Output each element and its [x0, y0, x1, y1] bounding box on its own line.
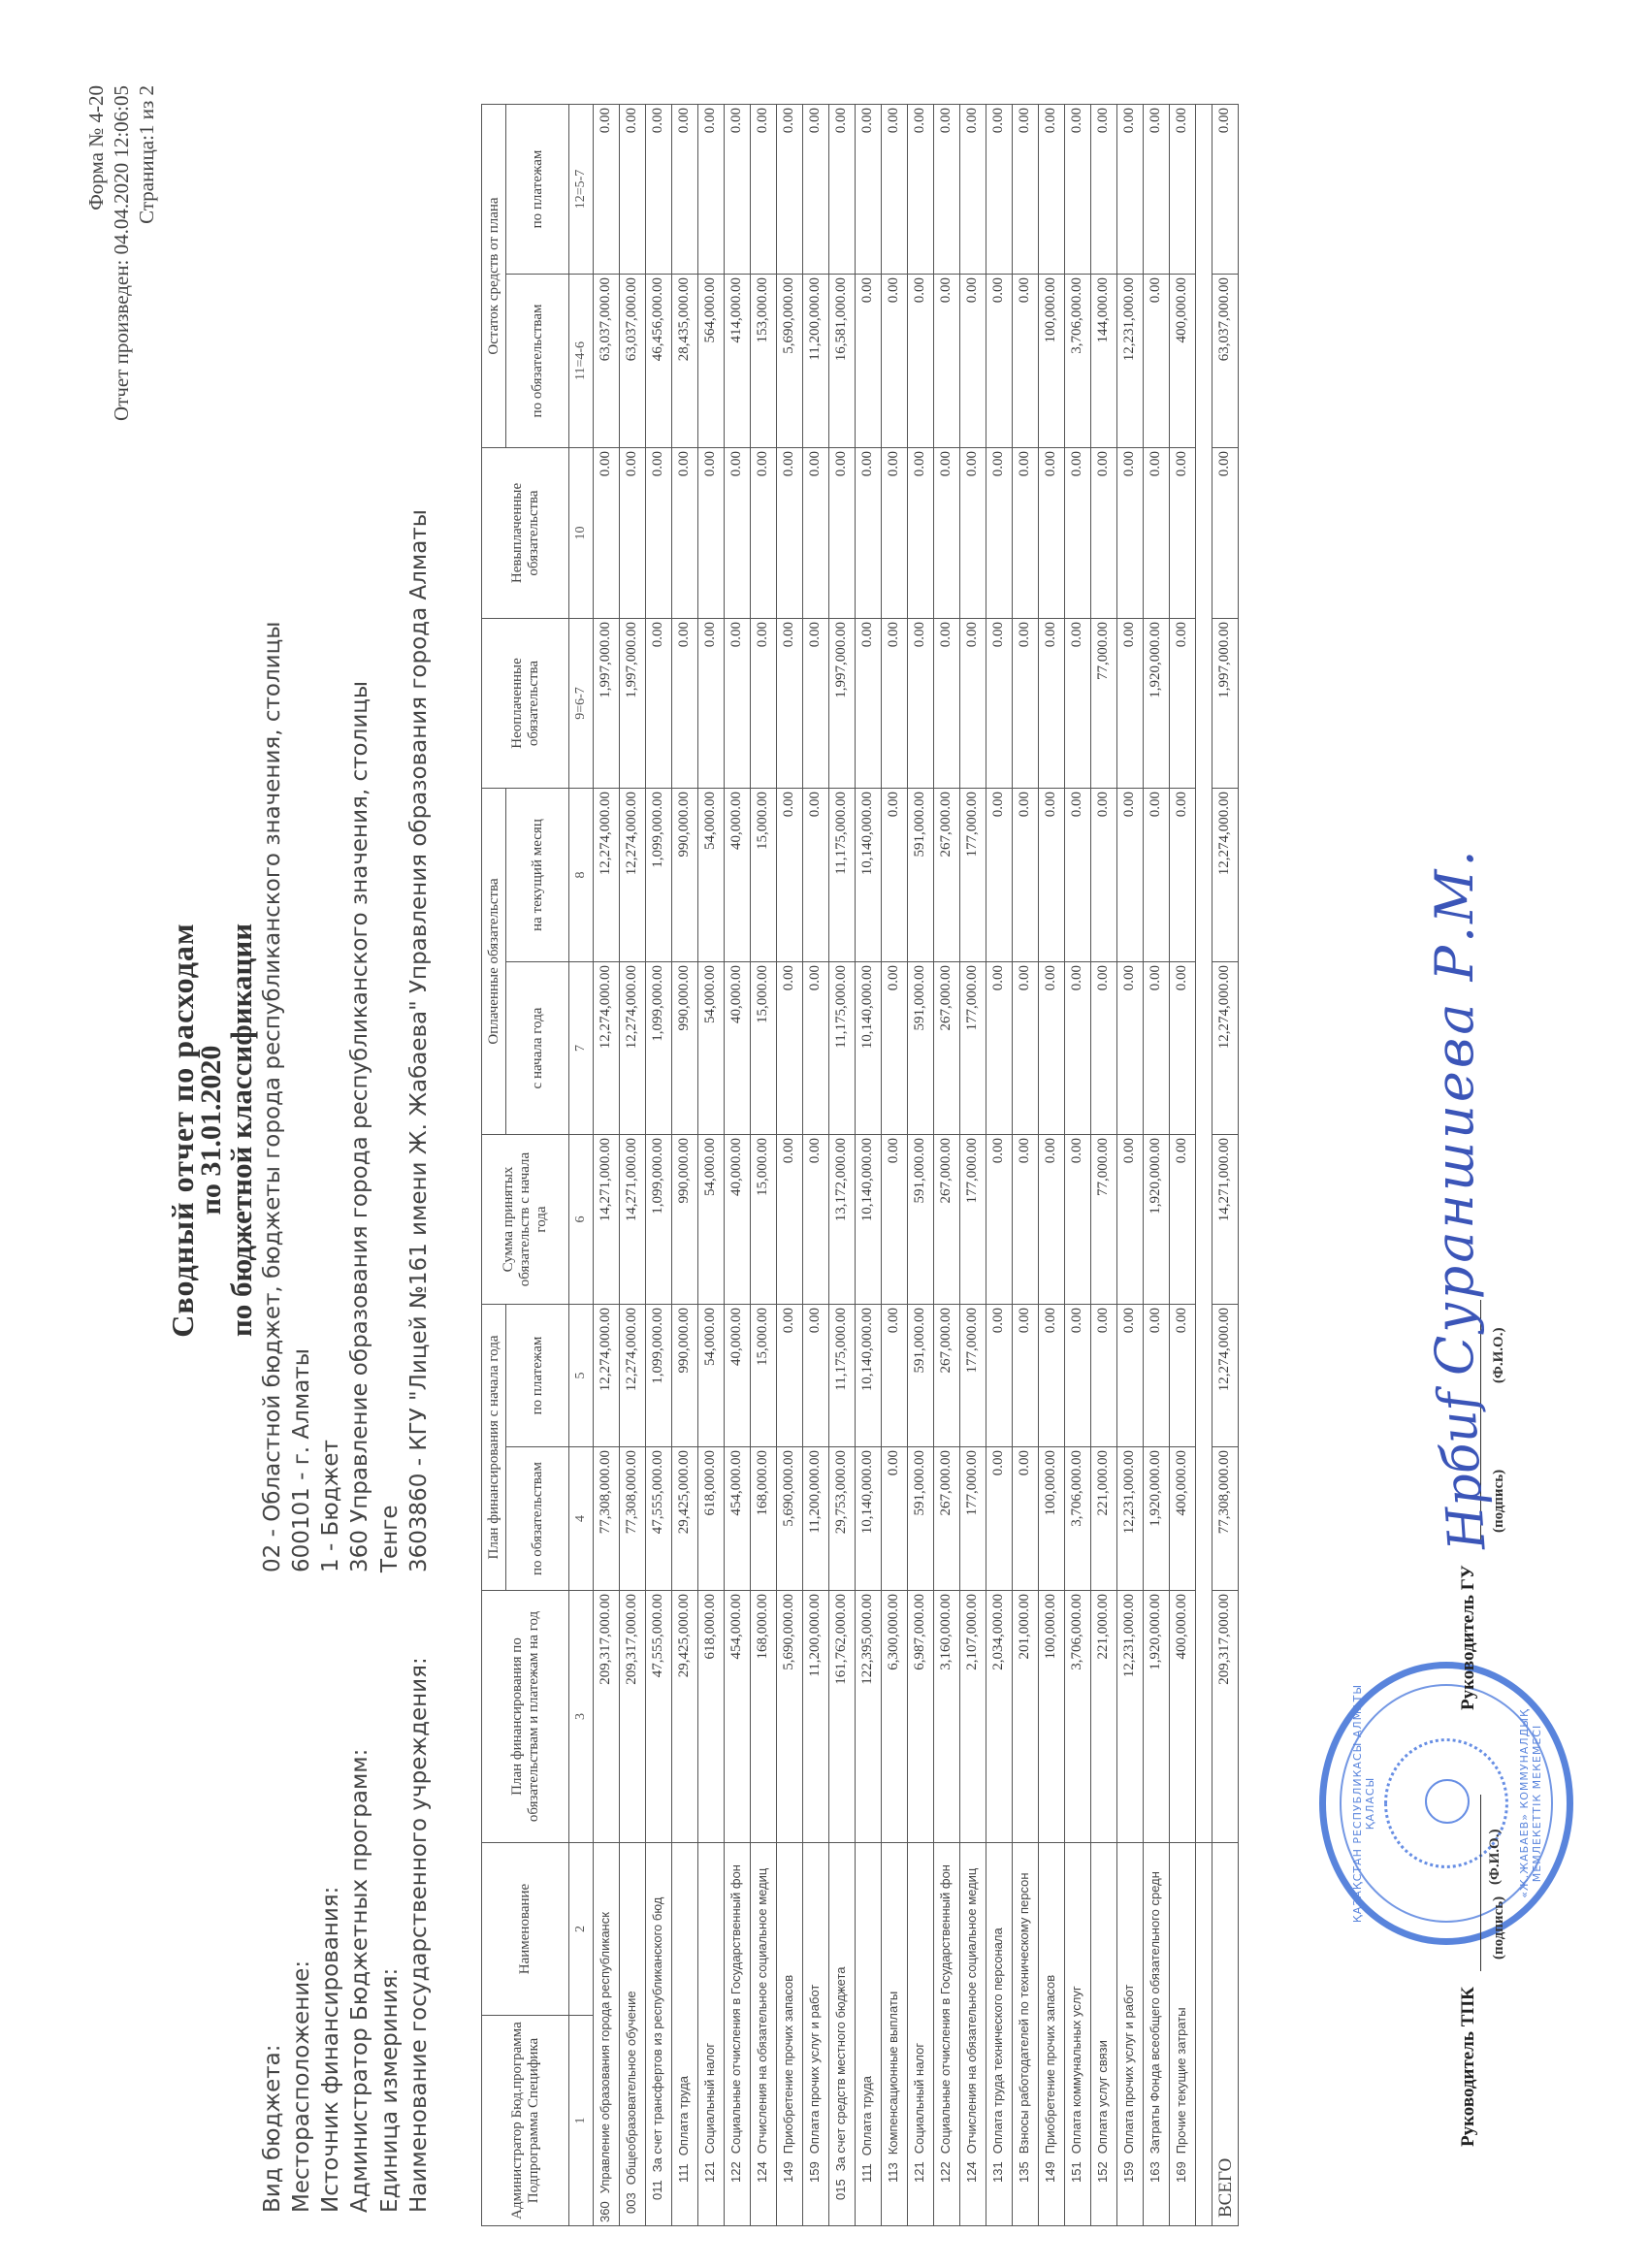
value-cell: 0.00: [1170, 104, 1196, 274]
row-code: 163: [1148, 2161, 1162, 2183]
value-cell: 1,920,000.00: [1144, 1447, 1170, 1591]
value-cell: 0.00: [1117, 962, 1144, 1135]
value-cell: 454,000.00: [725, 1591, 751, 1843]
table-row: 360Управление образования города республ…: [594, 104, 620, 2225]
row-code: 124: [964, 2161, 979, 2183]
value-cell: 0.00: [1091, 788, 1117, 961]
value-cell: 1,997,000.00: [829, 618, 856, 788]
value-cell: 10,140,000.00: [856, 1305, 882, 1447]
value-cell: 5,690,000.00: [777, 274, 803, 447]
total-value-cell: 0.00: [1212, 104, 1239, 274]
value-cell: 0.00: [1065, 962, 1091, 1135]
gu-signature-label: Руководитель ГУ: [1458, 1565, 1479, 1710]
stamp: ҚАЗАҚСТАН РЕСПУБЛИКАСЫ АЛМАТЫ ҚАЛАСЫ «Ж.…: [1319, 1662, 1573, 1945]
row-name: Оплата услуг связи: [1095, 2040, 1110, 2154]
value-cell: 54,000.00: [698, 962, 725, 1135]
value-cell: 15,000.00: [751, 1305, 777, 1447]
row-name-cell: 149Приобретение прочих запасов: [1039, 1843, 1065, 2226]
total-value-cell: 12,274,000.00: [1212, 1305, 1239, 1447]
column-number-row: 123456789=6-71011=4-612=5-7: [569, 104, 594, 2225]
value-cell: 0.00: [908, 274, 934, 447]
gu-handwritten-name: Сураншиева Р.М.: [1424, 847, 1485, 1376]
value-cell: 6,987,000.00: [908, 1591, 934, 1843]
value-cell: 0.00: [908, 447, 934, 618]
value-cell: 0.00: [1091, 447, 1117, 618]
value-cell: 0.00: [882, 1447, 908, 1591]
value-cell: 54,000.00: [698, 788, 725, 961]
value-cell: 591,000.00: [908, 1447, 934, 1591]
value-cell: 990,000.00: [672, 1135, 698, 1305]
row-name-cell: 135Взносы работодателей по техническому …: [1013, 1843, 1039, 2226]
value-cell: 0.00: [986, 1135, 1013, 1305]
value-cell: 0.00: [882, 1135, 908, 1305]
value-cell: 13,172,000.00: [829, 1135, 856, 1305]
value-cell: 0.00: [803, 1135, 829, 1305]
value-cell: 0.00: [594, 447, 620, 618]
meta-label: Источник финансирования:: [318, 1887, 343, 2213]
value-cell: 0.00: [882, 962, 908, 1135]
meta-value: 600101 - г. Алматы: [289, 1348, 314, 1572]
value-cell: 414,000.00: [725, 274, 751, 447]
value-cell: 591,000.00: [908, 962, 934, 1135]
value-cell: 0.00: [1144, 274, 1170, 447]
value-cell: 0.00: [1013, 447, 1039, 618]
table-row: 124Отчисления на обязательное социальное…: [751, 104, 777, 2225]
value-cell: 40,000.00: [725, 1305, 751, 1447]
row-code: 124: [755, 2161, 769, 2183]
value-cell: 168,000.00: [751, 1447, 777, 1591]
meta-value: 1 - Бюджет: [318, 1440, 343, 1572]
value-cell: 177,000.00: [960, 1305, 986, 1447]
value-cell: 46,456,000.00: [646, 274, 672, 447]
value-cell: 177,000.00: [960, 962, 986, 1135]
value-cell: 0.00: [1170, 447, 1196, 618]
value-cell: 0.00: [882, 274, 908, 447]
row-name-cell: 169Прочие текущие затраты: [1170, 1843, 1196, 2226]
value-cell: 5,690,000.00: [777, 1447, 803, 1591]
meta-label: Администратор Бюджетных программ:: [347, 1749, 372, 2213]
row-code: 003: [624, 2192, 638, 2214]
value-cell: 12,274,000.00: [620, 962, 646, 1135]
value-cell: 0.00: [672, 104, 698, 274]
table-row: 011За счет трансфертов из республиканско…: [646, 104, 672, 2225]
value-cell: 1,099,000.00: [646, 1305, 672, 1447]
value-cell: 591,000.00: [908, 1305, 934, 1447]
value-cell: 0.00: [1170, 788, 1196, 961]
value-cell: 0.00: [934, 104, 960, 274]
column-number: 8: [569, 788, 594, 961]
value-cell: 0.00: [1039, 1305, 1065, 1447]
value-cell: 0.00: [986, 104, 1013, 274]
value-cell: 0.00: [882, 788, 908, 961]
header-rest-group: Остаток средств от плана: [482, 104, 506, 447]
value-cell: 10,140,000.00: [856, 962, 882, 1135]
value-cell: 15,000.00: [751, 1135, 777, 1305]
value-cell: 100,000.00: [1039, 1447, 1065, 1591]
value-cell: 0.00: [725, 104, 751, 274]
table-row: 149Приобретение прочих запасов100,000.00…: [1039, 104, 1065, 2225]
report-date: по 31.01.2020: [195, 0, 228, 2268]
value-cell: 1,099,000.00: [646, 1135, 672, 1305]
value-cell: 454,000.00: [725, 1447, 751, 1591]
row-name-cell: 360Управление образования города республ…: [594, 1843, 620, 2226]
value-cell: 2,107,000.00: [960, 1591, 986, 1843]
header-name: Наименование: [482, 1843, 569, 2016]
row-name: За счет средств местного бюджета: [833, 1967, 848, 2172]
header-plan-group: План финансирования с начала года: [482, 1305, 506, 1591]
value-cell: 0.00: [960, 274, 986, 447]
value-cell: 15,000.00: [751, 962, 777, 1135]
value-cell: 14,271,000.00: [620, 1135, 646, 1305]
value-cell: 0.00: [698, 447, 725, 618]
value-cell: 0.00: [1013, 104, 1039, 274]
value-cell: 0.00: [725, 447, 751, 618]
meta-value: 3603860 - КГУ "Лицей №161 имени Ж. Жабае…: [406, 509, 432, 1572]
row-name-cell: 111Оплата труда: [856, 1843, 882, 2226]
value-cell: 0.00: [1013, 1305, 1039, 1447]
value-cell: 0.00: [646, 104, 672, 274]
value-cell: 0.00: [882, 447, 908, 618]
value-cell: 0.00: [777, 447, 803, 618]
value-cell: 0.00: [829, 447, 856, 618]
value-cell: 209,317,000.00: [620, 1591, 646, 1843]
row-name: Приобретение прочих запасов: [781, 1975, 795, 2154]
row-name: Оплата труда: [859, 2076, 874, 2155]
table-row: 159Оплата прочих услуг и работ12,231,000…: [1117, 104, 1144, 2225]
row-name-cell: 121Социальный налог: [698, 1843, 725, 2226]
value-cell: 0.00: [1065, 447, 1091, 618]
row-name-cell: 015За счет средств местного бюджета: [829, 1843, 856, 2226]
total-value-cell: 63,037,000.00: [1212, 274, 1239, 447]
value-cell: 77,000.00: [1091, 1135, 1117, 1305]
value-cell: 267,000.00: [934, 962, 960, 1135]
value-cell: 14,271,000.00: [594, 1135, 620, 1305]
value-cell: 0.00: [1065, 1305, 1091, 1447]
gu-handwritten-signature: Hрбиf: [1428, 1390, 1497, 1552]
row-name: Социальные отчисления в Государственный …: [938, 1864, 953, 2154]
table-row: 003Общеобразовательное обучение209,317,0…: [620, 104, 646, 2225]
value-cell: 11,175,000.00: [829, 788, 856, 961]
value-cell: 12,231,000.00: [1117, 274, 1144, 447]
value-cell: 0.00: [1065, 618, 1091, 788]
value-cell: 0.00: [934, 274, 960, 447]
row-code: 135: [1017, 2161, 1031, 2183]
meta-value: 02 - Областной бюджет, бюджеты города ре…: [260, 622, 285, 1572]
table-row: 124Отчисления на обязательное социальное…: [960, 104, 986, 2225]
value-cell: 12,274,000.00: [620, 788, 646, 961]
column-number: 10: [569, 447, 594, 618]
total-value-cell: 14,271,000.00: [1212, 1135, 1239, 1305]
value-cell: 0.00: [777, 618, 803, 788]
header-unpaid-out-obligations: Невыплаченные обязательства: [482, 447, 569, 618]
page-number: Страница:1 из 2: [134, 85, 159, 421]
value-cell: 591,000.00: [908, 788, 934, 961]
stamp-text-top: ҚАЗАҚСТАН РЕСПУБЛИКАСЫ АЛМАТЫ ҚАЛАСЫ: [1351, 1669, 1376, 1938]
row-name-cell: 113Компенсационные выплаты: [882, 1843, 908, 2226]
value-cell: 0.00: [1065, 788, 1091, 961]
value-cell: 0.00: [803, 962, 829, 1135]
tpk-signature-line: [1457, 1795, 1481, 1971]
value-cell: 990,000.00: [672, 788, 698, 961]
header-rest-payments: по платежам: [506, 104, 569, 274]
row-code: 111: [859, 2163, 874, 2183]
value-cell: 0.00: [1170, 1305, 1196, 1447]
value-cell: 0.00: [1039, 618, 1065, 788]
row-code: 121: [702, 2161, 717, 2183]
row-name: Оплата коммунальных услуг: [1069, 1986, 1083, 2154]
value-cell: 77,308,000.00: [594, 1447, 620, 1591]
row-name: Социальный налог: [912, 2043, 926, 2154]
value-cell: 0.00: [908, 104, 934, 274]
row-name: Приобретение прочих запасов: [1043, 1975, 1057, 2154]
row-name: Прочие текущие затраты: [1174, 2007, 1188, 2154]
value-cell: 11,200,000.00: [803, 274, 829, 447]
value-cell: 40,000.00: [725, 962, 751, 1135]
row-code: 113: [886, 2162, 900, 2183]
row-name: Оплата труда технического персонала: [990, 1928, 1005, 2154]
value-cell: 0.00: [803, 447, 829, 618]
value-cell: 0.00: [1013, 788, 1039, 961]
value-cell: 0.00: [960, 618, 986, 788]
value-cell: 40,000.00: [725, 788, 751, 961]
table-row: 163Затраты Фонда всеобщего обязательного…: [1144, 104, 1170, 2225]
value-cell: 0.00: [882, 1305, 908, 1447]
meta-label: Наименование государственного учреждения…: [406, 1657, 432, 2213]
row-code: 159: [1121, 2161, 1136, 2183]
separator-row: [1196, 104, 1212, 2225]
value-cell: 177,000.00: [960, 1447, 986, 1591]
total-value-cell: 0.00: [1212, 447, 1239, 618]
value-cell: 12,231,000.00: [1117, 1591, 1144, 1843]
value-cell: 12,231,000.00: [1117, 1447, 1144, 1591]
tpk-name-caption: (Ф.И.О.): [1487, 1830, 1503, 1885]
row-name-cell: 011За счет трансфертов из республиканско…: [646, 1843, 672, 2226]
value-cell: 11,175,000.00: [829, 962, 856, 1135]
value-cell: 2,034,000.00: [986, 1591, 1013, 1843]
value-cell: 29,425,000.00: [672, 1591, 698, 1843]
value-cell: 12,274,000.00: [594, 962, 620, 1135]
report-subtitle: по бюджетной классификации: [224, 0, 259, 2268]
report-page: Форма № 4-20 Отчет произведен: 04.04.202…: [0, 0, 1649, 2268]
value-cell: 0.00: [777, 1135, 803, 1305]
header-plan-obligations: по обязательствам: [506, 1447, 569, 1591]
row-code: 122: [728, 2161, 743, 2183]
value-cell: 0.00: [672, 618, 698, 788]
value-cell: 0.00: [698, 618, 725, 788]
row-name: Социальные отчисления в Государственный …: [728, 1864, 743, 2154]
value-cell: 63,037,000.00: [620, 274, 646, 447]
header-paid-month: на текущий месяц: [506, 788, 569, 961]
total-value-cell: 12,274,000.00: [1212, 962, 1239, 1135]
value-cell: 11,200,000.00: [803, 1591, 829, 1843]
value-cell: 10,140,000.00: [856, 788, 882, 961]
value-cell: 0.00: [1039, 788, 1065, 961]
value-cell: 40,000.00: [725, 1135, 751, 1305]
value-cell: 1,920,000.00: [1144, 618, 1170, 788]
table-row: 169Прочие текущие затраты400,000.00400,0…: [1170, 104, 1196, 2225]
value-cell: 1,997,000.00: [620, 618, 646, 788]
row-code: 121: [912, 2161, 926, 2183]
value-cell: 0.00: [725, 618, 751, 788]
value-cell: 122,395,000.00: [856, 1591, 882, 1843]
value-cell: 221,000.00: [1091, 1447, 1117, 1591]
value-cell: 0.00: [1117, 1305, 1144, 1447]
value-cell: 0.00: [986, 788, 1013, 961]
value-cell: 0.00: [1013, 618, 1039, 788]
value-cell: 0.00: [1144, 447, 1170, 618]
value-cell: 591,000.00: [908, 1135, 934, 1305]
value-cell: 221,000.00: [1091, 1591, 1117, 1843]
value-cell: 0.00: [803, 104, 829, 274]
value-cell: 0.00: [986, 1305, 1013, 1447]
value-cell: 267,000.00: [934, 1447, 960, 1591]
header-rest-obligations: по обязательствам: [506, 274, 569, 447]
header-accepted-obligations: Сумма принятых обязательств с начала год…: [482, 1135, 569, 1305]
value-cell: 0.00: [986, 618, 1013, 788]
value-cell: 47,555,000.00: [646, 1447, 672, 1591]
value-cell: 1,099,000.00: [646, 788, 672, 961]
value-cell: 0.00: [1170, 962, 1196, 1135]
value-cell: 54,000.00: [698, 1305, 725, 1447]
value-cell: 10,140,000.00: [856, 1447, 882, 1591]
table-row: 159Оплата прочих услуг и работ11,200,000…: [803, 104, 829, 2225]
row-name-cell: 124Отчисления на обязательное социальное…: [751, 1843, 777, 2226]
gu-name-caption: (Ф.И.О.): [1491, 1328, 1507, 1383]
value-cell: 16,581,000.00: [829, 274, 856, 447]
row-code: 111: [676, 2163, 691, 2183]
value-cell: 0.00: [960, 104, 986, 274]
value-cell: 1,099,000.00: [646, 962, 672, 1135]
row-name-cell: 159Оплата прочих услуг и работ: [1117, 1843, 1144, 2226]
value-cell: 0.00: [777, 1305, 803, 1447]
row-code: 122: [938, 2161, 953, 2183]
table-row: 121Социальный налог6,987,000.00591,000.0…: [908, 104, 934, 2225]
value-cell: 0.00: [594, 104, 620, 274]
value-cell: 0.00: [620, 447, 646, 618]
value-cell: 0.00: [672, 447, 698, 618]
value-cell: 3,160,000.00: [934, 1591, 960, 1843]
value-cell: 0.00: [751, 618, 777, 788]
row-name: Оплата прочих услуг и работ: [1121, 1985, 1136, 2155]
value-cell: 0.00: [1013, 962, 1039, 1135]
value-cell: 12,274,000.00: [594, 788, 620, 961]
stamp-text-bottom: «Ж.ЖАБАЕВ» КОММУНАЛДЫҚ МЕМЛЕКЕТТІК МЕКЕМ…: [1518, 1669, 1543, 1938]
value-cell: 12,274,000.00: [620, 1305, 646, 1447]
form-number: Форма № 4-20: [83, 85, 109, 421]
table-row: 015За счет средств местного бюджета161,7…: [829, 104, 856, 2225]
value-cell: 0.00: [960, 447, 986, 618]
row-code: 149: [1043, 2161, 1057, 2183]
row-name: Общеобразовательное обучение: [624, 1991, 638, 2185]
value-cell: 100,000.00: [1039, 274, 1065, 447]
row-name-cell: 152Оплата услуг связи: [1091, 1843, 1117, 2226]
value-cell: 6,300,000.00: [882, 1591, 908, 1843]
value-cell: 0.00: [1117, 104, 1144, 274]
value-cell: 0.00: [1039, 447, 1065, 618]
value-cell: 10,140,000.00: [856, 1135, 882, 1305]
header-plan-payments: по платежам: [506, 1305, 569, 1447]
header-annual-plan: План финансирования по обязательствам и …: [482, 1591, 569, 1843]
row-name-cell: 124Отчисления на обязательное социальное…: [960, 1843, 986, 2226]
row-code: 015: [833, 2179, 848, 2200]
value-cell: 11,175,000.00: [829, 1305, 856, 1447]
value-cell: 0.00: [1065, 1135, 1091, 1305]
row-name-cell: 149Приобретение прочих запасов: [777, 1843, 803, 2226]
column-number: 9=6-7: [569, 618, 594, 788]
column-number: 3: [569, 1591, 594, 1843]
meta-label: Вид бюджета:: [260, 2045, 285, 2214]
value-cell: 0.00: [1144, 1305, 1170, 1447]
value-cell: 0.00: [986, 1447, 1013, 1591]
form-info: Форма № 4-20 Отчет произведен: 04.04.202…: [83, 85, 159, 421]
value-cell: 0.00: [698, 104, 725, 274]
separator-cell: [1196, 104, 1212, 1842]
total-value-cell: 77,308,000.00: [1212, 1447, 1239, 1591]
value-cell: 144,000.00: [1091, 274, 1117, 447]
value-cell: 0.00: [646, 447, 672, 618]
value-cell: 0.00: [1170, 1135, 1196, 1305]
value-cell: 1,997,000.00: [594, 618, 620, 788]
value-cell: 0.00: [1170, 618, 1196, 788]
value-cell: 0.00: [751, 447, 777, 618]
value-cell: 0.00: [620, 104, 646, 274]
value-cell: 0.00: [1144, 104, 1170, 274]
value-cell: 267,000.00: [934, 788, 960, 961]
value-cell: 0.00: [1091, 962, 1117, 1135]
row-name: За счет трансфертов из республиканского …: [650, 1897, 664, 2173]
value-cell: 1,920,000.00: [1144, 1591, 1170, 1843]
row-name: Отчисления на обязательное социальное ме…: [964, 1868, 979, 2155]
tpk-signature-label: Руководитель ТПК: [1458, 1987, 1479, 2147]
value-cell: 0.00: [908, 618, 934, 788]
row-name: Оплата труда: [676, 2076, 691, 2155]
header-paid-ytd: с начала года: [506, 962, 569, 1135]
column-number: 11=4-6: [569, 274, 594, 447]
value-cell: 0.00: [1013, 1135, 1039, 1305]
meta-value: Тенге: [377, 1506, 403, 1572]
value-cell: 0.00: [1144, 962, 1170, 1135]
value-cell: 564,000.00: [698, 274, 725, 447]
total-label: ВСЕГО: [1212, 1843, 1239, 2226]
value-cell: 0.00: [1039, 962, 1065, 1135]
row-name: Социальный налог: [702, 2043, 717, 2154]
value-cell: 29,425,000.00: [672, 1447, 698, 1591]
table-row: 135Взносы работодателей по техническому …: [1013, 104, 1039, 2225]
row-code: 152: [1095, 2161, 1110, 2183]
value-cell: 3,706,000.00: [1065, 274, 1091, 447]
value-cell: 28,435,000.00: [672, 274, 698, 447]
row-name: Затраты Фонда всеобщего обязательного ср…: [1148, 1871, 1162, 2154]
value-cell: 100,000.00: [1039, 1591, 1065, 1843]
header-unpaid-obligations: Неоплаченные обязательства: [482, 618, 569, 788]
total-value-cell: 209,317,000.00: [1212, 1591, 1239, 1843]
value-cell: 0.00: [856, 618, 882, 788]
value-cell: 618,000.00: [698, 1591, 725, 1843]
table-row: 113Компенсационные выплаты6,300,000.000.…: [882, 104, 908, 2225]
row-code: 360: [598, 2201, 612, 2222]
separator-cell: [1196, 1843, 1212, 2226]
value-cell: 267,000.00: [934, 1305, 960, 1447]
report-generated: Отчет произведен: 04.04.2020 12:06:05: [109, 85, 134, 421]
value-cell: 0.00: [1013, 1447, 1039, 1591]
row-name: Управление образования города республика…: [598, 1912, 612, 2193]
value-cell: 400,000.00: [1170, 1447, 1196, 1591]
row-name-cell: 159Оплата прочих услуг и работ: [803, 1843, 829, 2226]
value-cell: 400,000.00: [1170, 1591, 1196, 1843]
value-cell: 153,000.00: [751, 274, 777, 447]
row-code: 149: [781, 2161, 795, 2183]
row-name: Компенсационные выплаты: [886, 1992, 900, 2155]
